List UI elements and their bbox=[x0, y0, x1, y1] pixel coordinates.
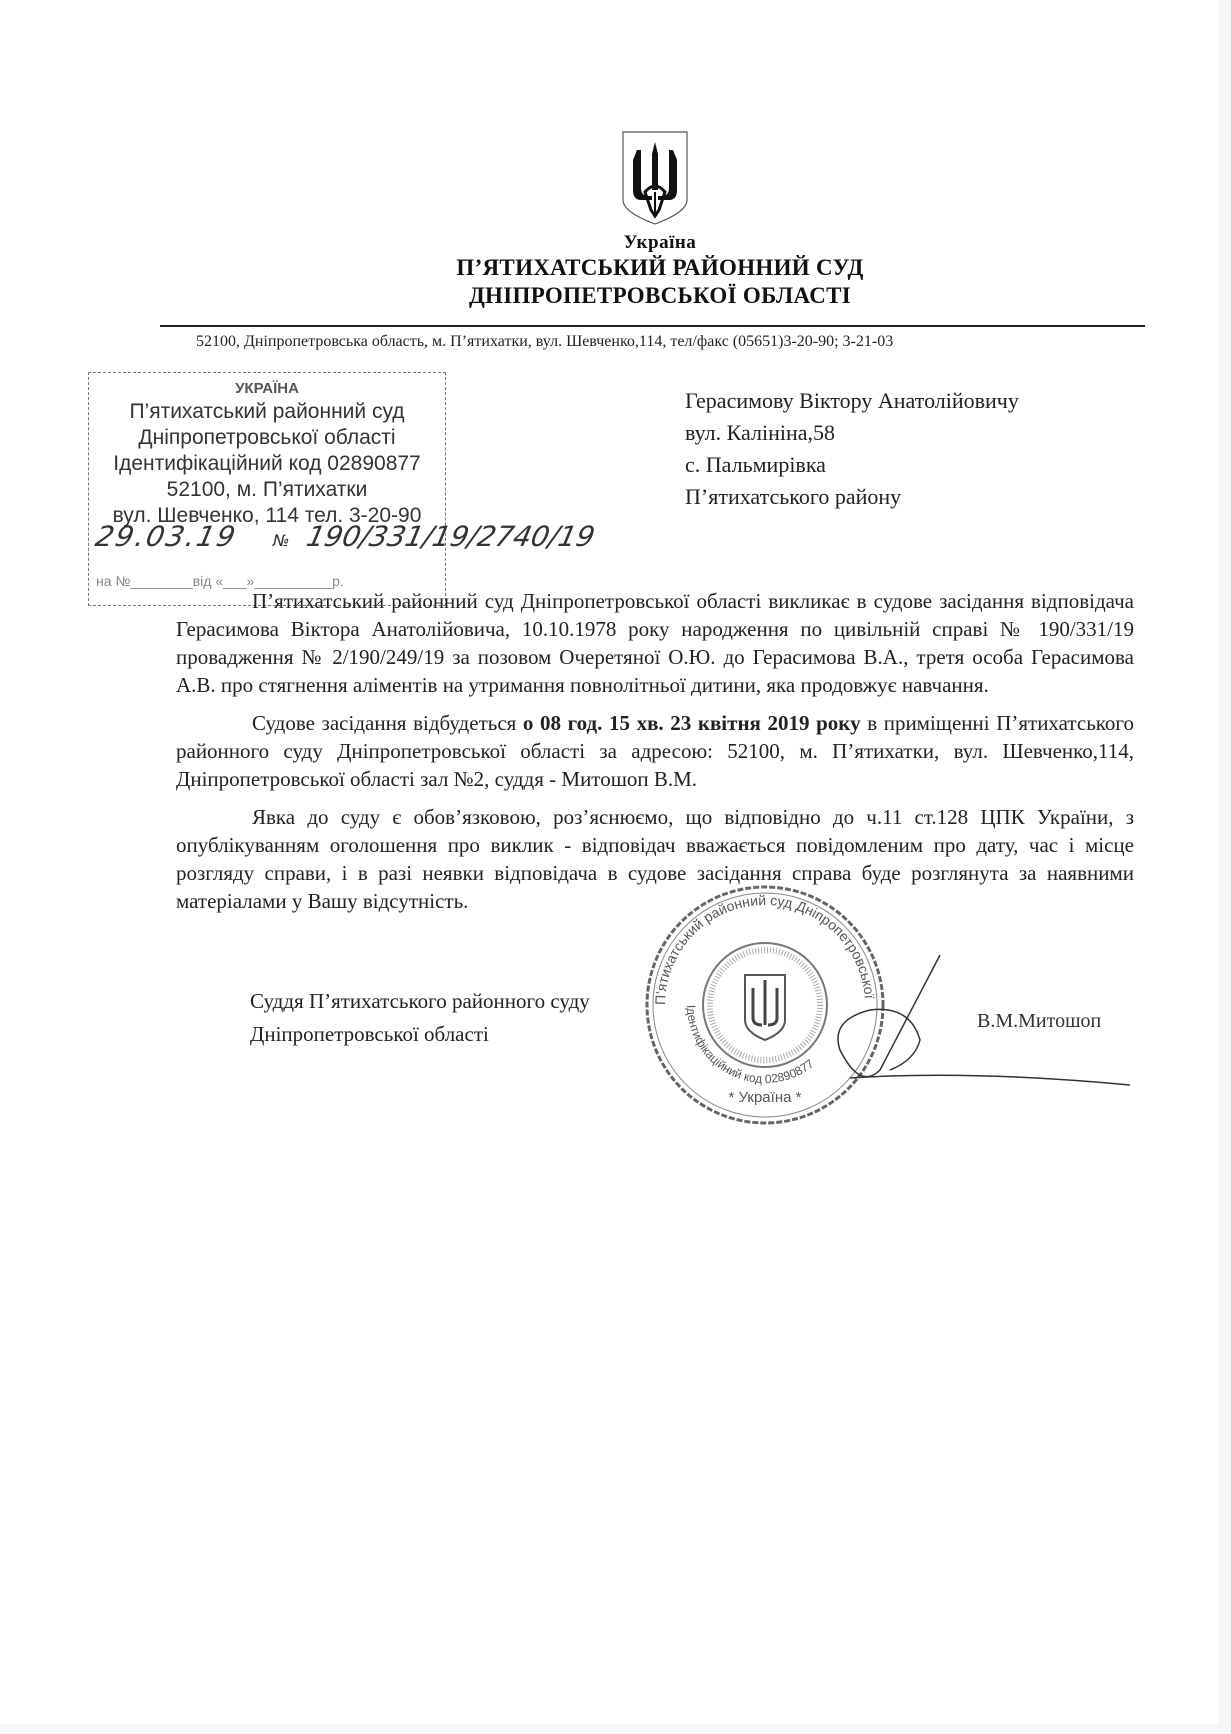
outgoing-date: 29.03.19 bbox=[92, 520, 240, 553]
stamp-title: УКРАЇНА bbox=[89, 379, 445, 399]
recipient-block: Герасимову Віктору Анатолійовичу вул. Ка… bbox=[685, 385, 1019, 513]
recipient-street: вул. Калініна,58 bbox=[685, 417, 1019, 449]
paragraph-hearing: Судове засідання відбудеться о 08 год. 1… bbox=[176, 709, 1134, 793]
svg-text:* Україна *: * Україна * bbox=[729, 1089, 802, 1106]
stamp-line: Ідентифікаційний код 02890877 bbox=[89, 451, 445, 477]
court-name-line1: П’ЯТИХАТСЬКИЙ РАЙОННИЙ СУД bbox=[300, 254, 1020, 282]
stamp-handwritten-entry: 29.03.19 № 190/331/19/2740/19 bbox=[92, 520, 597, 553]
header-divider bbox=[160, 325, 1145, 327]
recipient-name: Герасимову Віктору Анатолійовичу bbox=[685, 385, 1019, 417]
summons-body: П’ятихатський районний суд Дніпропетровс… bbox=[176, 587, 1134, 925]
stamp-line: П’ятихатський районний суд bbox=[89, 399, 445, 425]
paragraph-summons: П’ятихатський районний суд Дніпропетровс… bbox=[176, 587, 1134, 699]
outgoing-number: 190/331/19/2740/19 bbox=[304, 520, 598, 553]
judge-title: Суддя П’ятихатського районного суду Дніп… bbox=[250, 985, 590, 1051]
registration-stamp: УКРАЇНА П’ятихатський районний суд Дніпр… bbox=[88, 372, 446, 606]
trident-coat-of-arms-icon bbox=[619, 130, 691, 226]
number-label: № bbox=[271, 531, 292, 550]
recipient-district: П’ятихатського району bbox=[685, 481, 1019, 513]
court-header: Україна П’ЯТИХАТСЬКИЙ РАЙОННИЙ СУД ДНІПР… bbox=[300, 232, 1020, 310]
stamp-line: Дніпропетровської області bbox=[89, 425, 445, 451]
stamp-line: 52100, м. П’ятихатки bbox=[89, 477, 445, 503]
country-title: Україна bbox=[300, 232, 1020, 254]
handwritten-signature bbox=[820, 950, 1140, 1100]
court-address: 52100, Дніпропетровська область, м. П’ят… bbox=[196, 333, 1196, 351]
court-name-line2: ДНІПРОПЕТРОВСЬКОЇ ОБЛАСТІ bbox=[300, 282, 1020, 310]
hearing-datetime: о 08 год. 15 хв. 23 квітня 2019 року bbox=[523, 711, 861, 735]
recipient-village: с. Пальмирівка bbox=[685, 449, 1019, 481]
document-page: Україна П’ЯТИХАТСЬКИЙ РАЙОННИЙ СУД ДНІПР… bbox=[0, 0, 1218, 1724]
